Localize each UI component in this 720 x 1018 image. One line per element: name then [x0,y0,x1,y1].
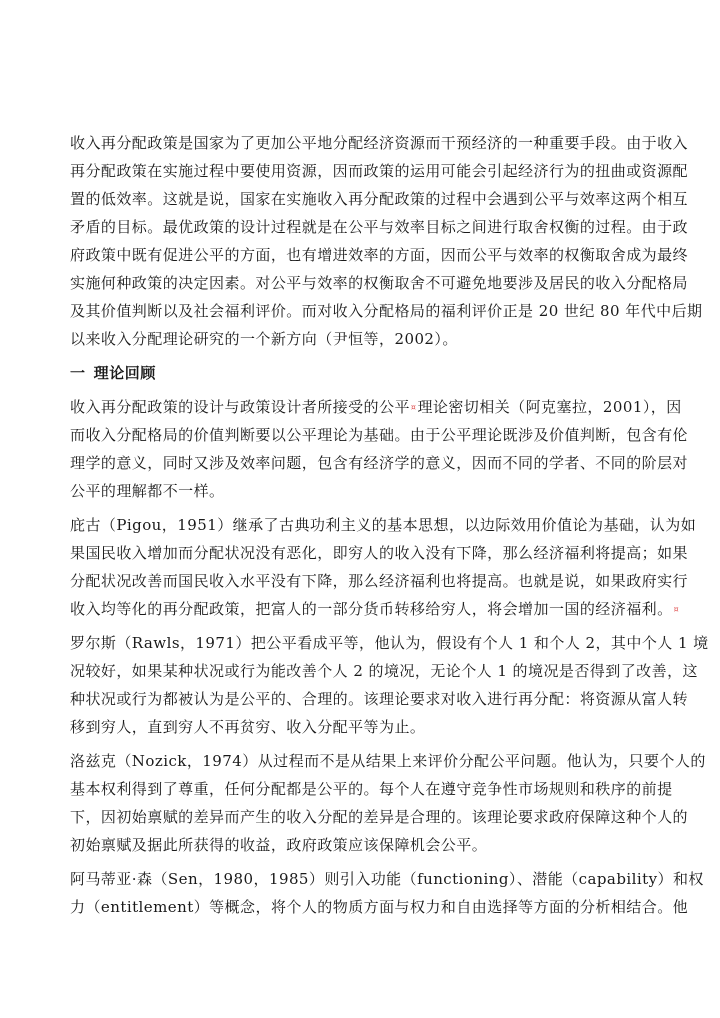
text-line: 果国民收入增加而分配状况没有恶化，即穷人的收入没有下降，那么经济福利将提高；如果 [70,539,654,567]
text-line: 洛兹克（Nozick，1974）从过程而不是从结果上来评价分配公平问题。他认为，… [70,747,654,775]
text-line: 收入再分配政策是国家为了更加公平地分配经济资源而干预经济的一种重要手段。由于收入 [70,129,654,157]
paragraph-fairness-theory: 收入再分配政策的设计与政策设计者所接受的公平¤理论密切相关（阿克塞拉，2001）… [70,393,654,505]
text-line: 而收入分配格局的价值判断要以公平理论为基础。由于公平理论既涉及价值判断，包含有伦 [70,421,654,449]
text-line: 公平的理解都不一样。 [70,477,654,505]
text-line: 移到穷人，直到穷人不再贫穷、收入分配平等为止。 [70,713,654,741]
text-line: 种状况或行为都被认为是公平的、合理的。该理论要求对收入进行再分配：将资源从富人转 [70,685,654,713]
text-line: 力（entitlement）等概念，将个人的物质方面与权力和自由选择等方面的分析… [70,893,654,921]
text-line: 基本权利得到了尊重，任何分配都是公平的。每个人在遵守竞争性市场规则和秩序的前提 [70,775,654,803]
text-segment: 收入再分配政策的设计与政策设计者所接受的公平 [70,398,410,416]
text-segment: 收入均等化的再分配政策，把富人的一部分货币转移给穷人，将会增加一国的经济福利。 [70,600,673,618]
footnote-mark-icon[interactable]: ¤ [674,605,680,614]
text-line: 罗尔斯（Rawls，1971）把公平看成平等，他认为，假设有个人 1 和个人 2… [70,629,654,657]
text-line: 置的低效率。这就是说，国家在实施收入再分配政策的过程中会遇到公平与效率这两个相互 [70,185,654,213]
text-line: 分配状况改善而国民收入水平没有下降，那么经济福利也将提高。也就是说，如果政府实行 [70,567,654,595]
document-page: 收入再分配政策是国家为了更加公平地分配经济资源而干预经济的一种重要手段。由于收入… [70,129,654,927]
text-line: 收入再分配政策的设计与政策设计者所接受的公平¤理论密切相关（阿克塞拉，2001）… [70,393,654,421]
text-line: 况较好，如果某种状况或行为能改善个人 2 的境况，无论个人 1 的境况是否得到了… [70,657,654,685]
text-line: 理学的意义，同时又涉及效率问题，包含有经济学的意义，因而不同的学者、不同的阶层对 [70,449,654,477]
text-line: 府政策中既有促进公平的方面，也有增进效率的方面，因而公平与效率的权衡取舍成为最终 [70,241,654,269]
text-line: 再分配政策在实施过程中要使用资源，因而政策的运用可能会引起经济行为的扭曲或资源配 [70,157,654,185]
text-line: 实施何种政策的决定因素。对公平与效率的权衡取舍不可避免地要涉及居民的收入分配格局 [70,269,654,297]
text-line: 矛盾的目标。最优政策的设计过程就是在公平与效率目标之间进行取舍权衡的过程。由于政 [70,213,654,241]
footnote-mark-icon[interactable]: ¤ [411,403,417,412]
text-line: 收入均等化的再分配政策，把富人的一部分货币转移给穷人，将会增加一国的经济福利。¤ [70,595,654,623]
section-number: 一 [70,364,86,382]
text-line: 庇古（Pigou，1951）继承了古典功利主义的基本思想，以边际效用价值论为基础… [70,511,654,539]
section-title: 理论回顾 [94,364,156,382]
text-line: 阿马蒂亚·森（Sen，1980，1985）则引入功能（functioning）、… [70,865,654,893]
paragraph-sen: 阿马蒂亚·森（Sen，1980，1985）则引入功能（functioning）、… [70,865,654,921]
section-heading: 一理论回顾 [70,359,654,387]
text-line: 初始禀赋及据此所获得的收益，政府政策应该保障机会公平。 [70,831,654,859]
text-line: 及其价值判断以及社会福利评价。而对收入分配格局的福利评价正是 20 世纪 80 … [70,297,654,325]
paragraph-rawls: 罗尔斯（Rawls，1971）把公平看成平等，他认为，假设有个人 1 和个人 2… [70,629,654,741]
text-line: 以来收入分配理论研究的一个新方向（尹恒等，2002）。 [70,325,654,353]
paragraph-intro: 收入再分配政策是国家为了更加公平地分配经济资源而干预经济的一种重要手段。由于收入… [70,129,654,353]
text-segment: 理论密切相关（阿克塞拉，2001），因 [417,398,681,416]
paragraph-nozick: 洛兹克（Nozick，1974）从过程而不是从结果上来评价分配公平问题。他认为，… [70,747,654,859]
text-line: 下，因初始禀赋的差异而产生的收入分配的差异是合理的。该理论要求政府保障这种个人的 [70,803,654,831]
paragraph-pigou: 庇古（Pigou，1951）继承了古典功利主义的基本思想，以边际效用价值论为基础… [70,511,654,623]
